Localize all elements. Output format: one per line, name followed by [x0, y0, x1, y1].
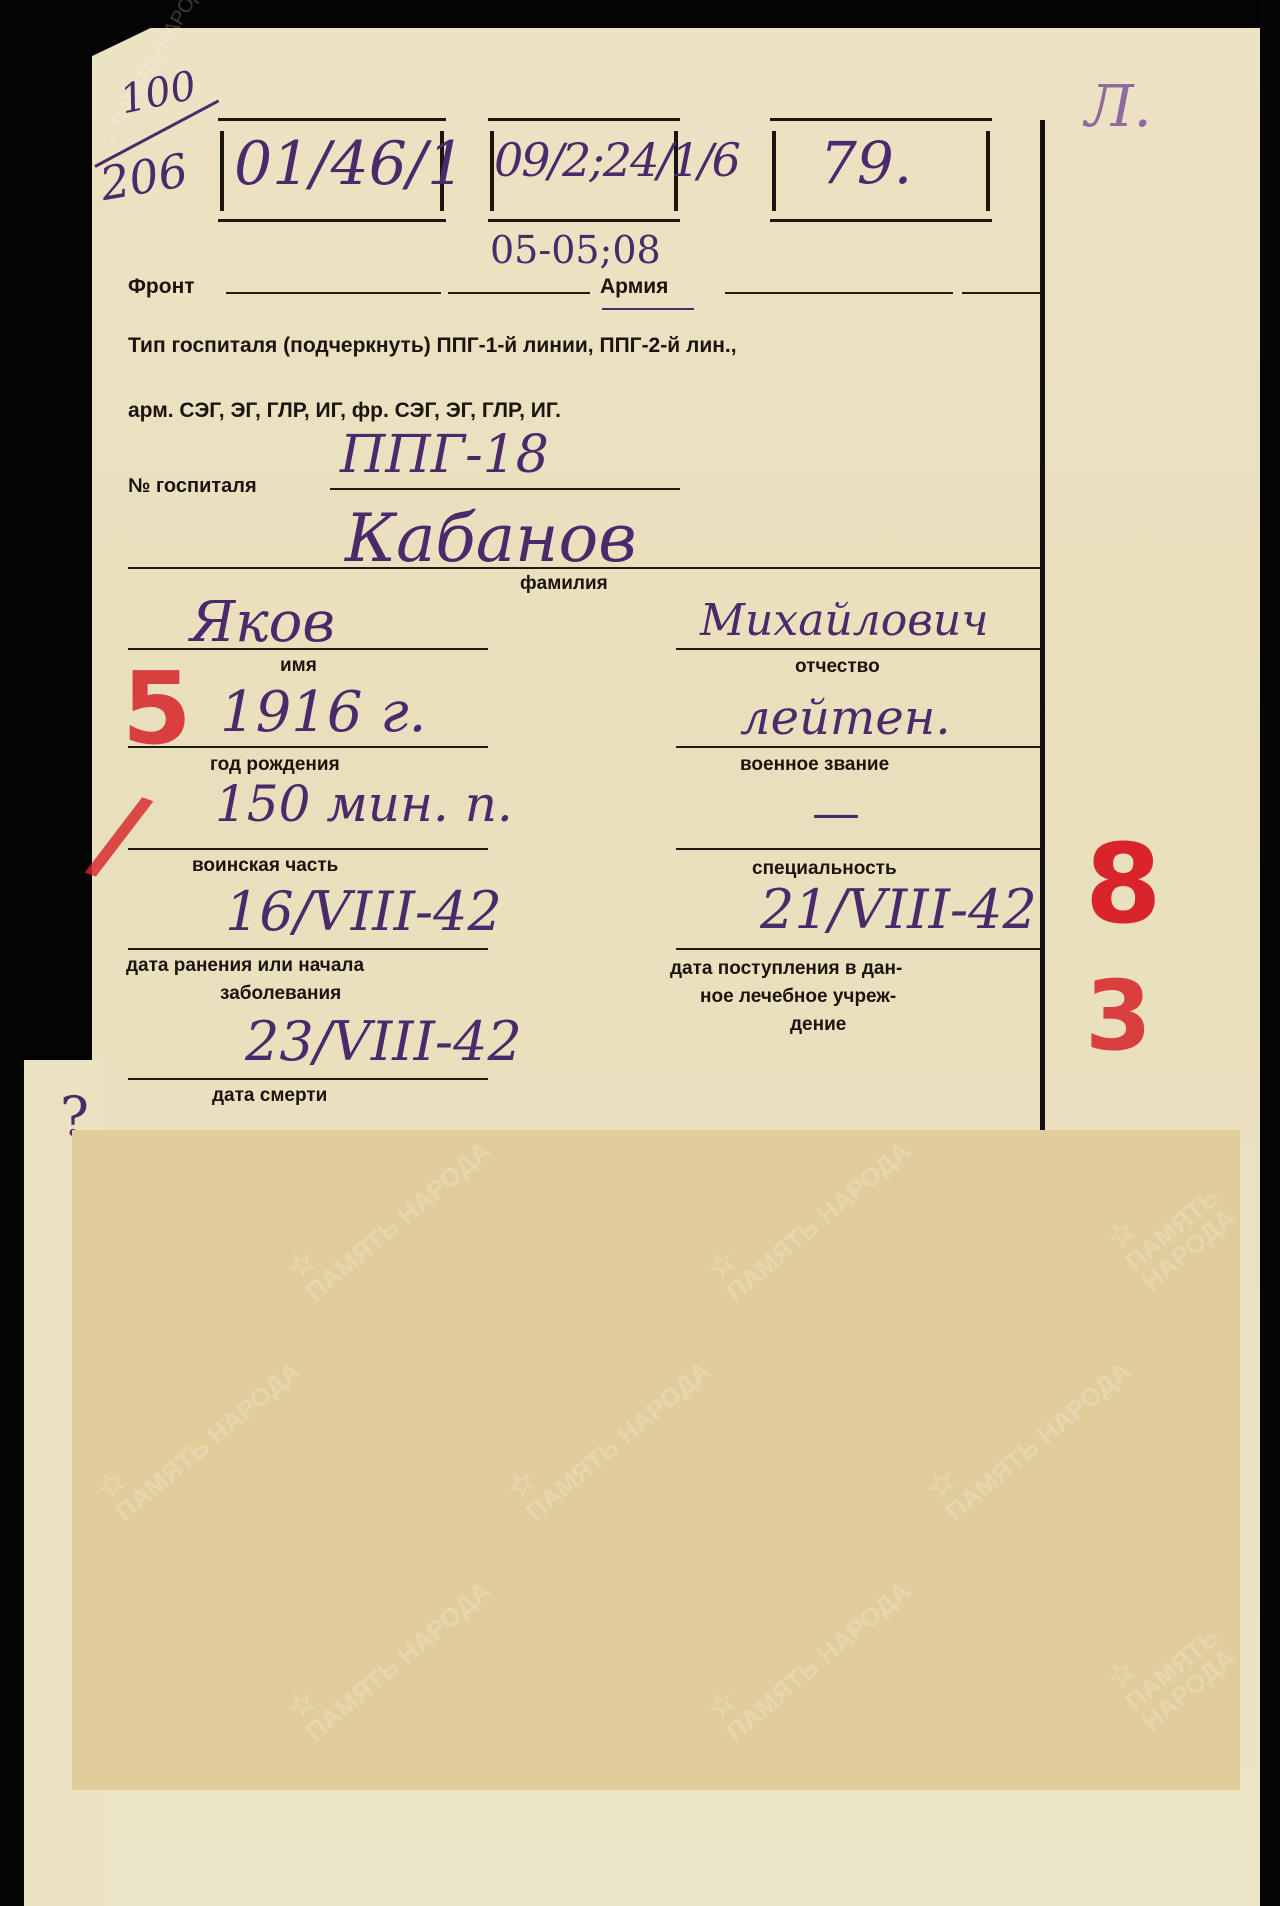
hospital-number-value: ППГ-18 [340, 425, 549, 485]
hospital-number-label: № госпиталя [128, 475, 257, 498]
hospital-number-line [330, 488, 680, 490]
patronymic-label: отчество [795, 656, 880, 678]
red-mark-3: 3 [1085, 960, 1152, 1072]
admission-date-label-3: дение [790, 1014, 846, 1036]
birth-year-label: год рождения [210, 754, 340, 776]
code-box-3-value: 79. [820, 129, 912, 197]
unit-label: воинская часть [192, 855, 338, 877]
scan-border-right [1260, 0, 1280, 1906]
star-icon: ☆ [280, 1552, 478, 1725]
watermark: ☆ПАМЯТЬ НАРОДА [500, 1332, 715, 1525]
watermark: ☆ПАМЯТЬ НАРОДА [700, 1112, 915, 1305]
star-icon: ☆ [700, 1552, 898, 1725]
name-value: Яков [190, 590, 335, 655]
army-line [725, 292, 953, 294]
admission-date-value: 21/VIII-42 [760, 878, 1037, 941]
patronymic-value: Михайлович [700, 595, 989, 646]
unit-line [128, 848, 488, 850]
surname-line [128, 567, 1040, 569]
watermark: ☆ПАМЯТЬ НАРОДА [1100, 1149, 1252, 1296]
specialty-value: — [812, 785, 860, 841]
star-icon: ☆ [280, 1112, 478, 1285]
red-mark-5: 5 [122, 650, 192, 767]
code-box-1: 01/46/1 [218, 118, 446, 222]
watermark: ☆ПАМЯТЬ НАРОДА [90, 1332, 305, 1525]
watermark: ☆ПАМЯТЬ НАРОДА [920, 1332, 1135, 1525]
star-icon: ☆ [920, 1332, 1118, 1505]
rank-value: лейтен. [740, 690, 951, 746]
surname-value: Кабанов [345, 500, 637, 577]
star-icon: ☆ [500, 1332, 698, 1505]
front-line-2 [448, 292, 590, 294]
star-icon: ☆ [90, 1332, 288, 1505]
surname-label: фамилия [520, 573, 608, 595]
front-label: Фронт [128, 275, 195, 299]
patronymic-line [676, 648, 1040, 650]
wound-date-line [128, 948, 488, 950]
wound-date-label-2: заболевания [220, 983, 341, 1005]
wound-date-value: 16/VIII-42 [225, 880, 502, 943]
specialty-label: специальность [752, 858, 897, 880]
code-box-2: 09/2;24/1/6 [488, 118, 680, 222]
unit-value: 150 мин. п. [215, 775, 513, 833]
code-box-2-below: 05-05;08 [490, 228, 661, 272]
death-date-value: 23/VIII-42 [245, 1010, 522, 1073]
wound-date-label-1: дата ранения или начала [126, 955, 364, 977]
watermark: ☆ПАМЯТЬ НАРОДА [280, 1552, 495, 1745]
redacted-region: ☆ПАМЯТЬ НАРОДА ☆ПАМЯТЬ НАРОДА ☆ПАМЯТЬ НА… [72, 1130, 1240, 1790]
code-box-1-value: 01/46/1 [234, 129, 465, 199]
death-date-line [128, 1078, 488, 1080]
name-label: имя [280, 655, 317, 677]
hospital-type-line-1: Тип госпиталя (подчеркнуть) ППГ-1-й лини… [128, 334, 737, 358]
birth-year-value: 1916 г. [220, 680, 426, 745]
death-date-label: дата смерти [212, 1085, 327, 1107]
watermark: ☆ПАМЯТЬ НАРОДА [1100, 1589, 1252, 1736]
front-line [226, 292, 441, 294]
admission-date-line [676, 948, 1040, 950]
watermark: ☆ПАМЯТЬ НАРОДА [280, 1112, 495, 1305]
rank-label: военное звание [740, 754, 889, 776]
specialty-line [676, 848, 1040, 850]
code-box-3: 79. [770, 118, 992, 222]
watermark: ☆ПАМЯТЬ НАРОДА [700, 1552, 915, 1745]
vertical-rule [1040, 120, 1045, 1130]
red-mark-8: 8 [1085, 820, 1162, 948]
hospital-type-line-2: арм. СЭГ, ЭГ, ГЛР, ИГ, фр. СЭГ, ЭГ, ГЛР,… [128, 399, 561, 423]
rank-line [676, 746, 1040, 748]
army-line-2 [962, 292, 1040, 294]
army-underline [602, 308, 694, 310]
admission-date-label-1: дата поступления в дан- [670, 958, 902, 980]
top-right-mark: Л. [1085, 72, 1152, 140]
star-icon: ☆ [700, 1112, 898, 1285]
code-box-2-value: 09/2;24/1/6 [494, 133, 739, 187]
admission-date-label-2: ное лечебное учреж- [700, 986, 896, 1008]
army-label: Армия [600, 275, 668, 299]
